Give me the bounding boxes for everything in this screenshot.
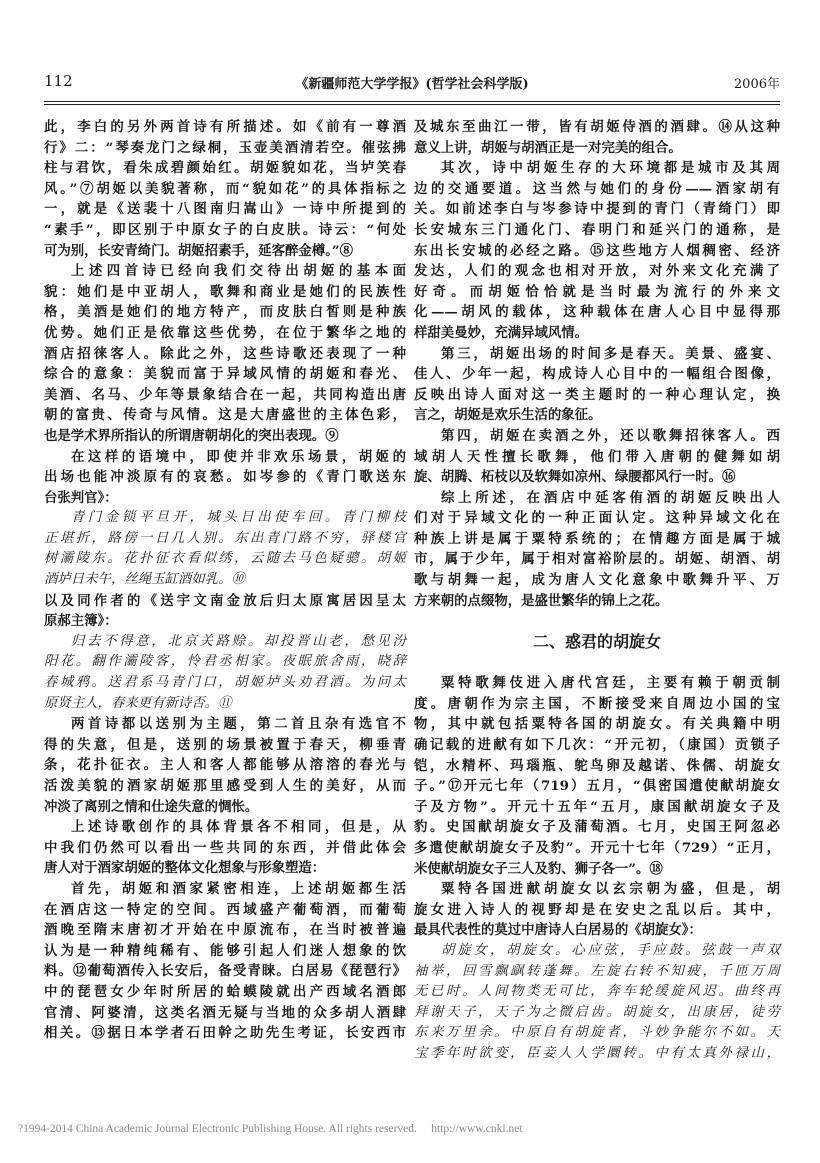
text-line: 原郝主簿》： xyxy=(44,611,406,632)
text-line: 官清、阿婆清，这类名酒无疑与当地的众多胡人酒肆 xyxy=(44,1003,406,1024)
text-line: 长安城东三门通化门、春明门和延兴门的通称，是 xyxy=(414,220,780,241)
text-line: 发达，人们的观念也相对开放，对外来文化充满了 xyxy=(414,261,780,282)
text-line: 上述四首诗已经向我们交待出胡姬的基本面 xyxy=(44,261,406,282)
copyright-footer: ?1994-2014 China Academic Journal Electr… xyxy=(18,1123,523,1135)
text-line: 豹。史国献胡旋女子及蒲萄酒。七月，史国王阿忽必 xyxy=(414,817,780,838)
poem-line: 正堪折，路傍一日几人别。东出青门路不穷，驿楼官 xyxy=(44,529,406,550)
poem-line: 无已时。人间物类无可比，奔车轮缓旋风迟。曲终再 xyxy=(414,982,780,1003)
publication-year: 2006年 xyxy=(734,73,780,92)
text-line: 上述诗歌创作的具体背景各不相同，但是，从 xyxy=(44,817,406,838)
text-line: 关。如前述李白与岑参诗中提到的青门（青绮门）即 xyxy=(414,199,780,220)
poem-line: 春城鸦。送君系马青门口，胡姬垆头劝君酒。为问太 xyxy=(44,673,406,694)
text-line: 歌与胡舞一起，成为唐人文化意象中歌舞升平、万 xyxy=(414,570,780,591)
text-line: 方来朝的点缀物，是盛世繁华的锦上之花。 xyxy=(414,591,780,612)
text-line: 们对于异域文化的一种正面认定。这种异域文化在 xyxy=(414,508,780,529)
text-line: “素手”，即区别于中原女子的白皮肤。诗云：“何处 xyxy=(44,220,406,241)
text-line: 物，其中就包括粟特各国的胡旋女。有关典籍中明 xyxy=(414,714,780,735)
poem-line: 归去不得意，北京关路赊。却投晋山老，愁见汾 xyxy=(44,632,406,653)
text-line: 可为别，长安青绮门。胡姬招素手，延客醉金樽。”⑧ xyxy=(44,241,406,262)
text-line: 在这样的语境中，即使并非欢乐场景，胡姬的 xyxy=(44,447,406,468)
text-line: 综合的意象：美貌而富于异域风情的胡姬和春光、 xyxy=(44,364,406,385)
section-heading: 二、惑君的胡旋女 xyxy=(414,611,780,673)
text-line: 风。”⑦胡姬以美貌著称，而“貌如花”的具体指标之 xyxy=(44,179,406,200)
right-column-body-before-heading: 及城东至曲江一带，皆有胡姬侍酒的酒肆。⑭从这种意义上讲，胡姬与胡酒正是一对完美的… xyxy=(414,117,780,611)
text-line: 意义上讲，胡姬与胡酒正是一对完美的组合。 xyxy=(414,138,780,159)
text-line: 出场也能冲淡原有的哀愁。如岑参的《青门歌送东 xyxy=(44,467,406,488)
text-line: 条，花扑征衣。主人和客人都能够从溶溶的春光与 xyxy=(44,755,406,776)
text-line: 反映出诗人面对这一类主题时的一种心理认定，换 xyxy=(414,385,780,406)
text-line: 唐人对于酒家胡姬的整体文化想象与形象塑造： xyxy=(44,858,406,879)
text-line: 柱与君饮，看朱成碧颜始红。胡姬貌如花，当垆笑春 xyxy=(44,158,406,179)
text-line: 旋、胡腾、柘枝以及软舞如凉州、绿腰都风行一时。⑯ xyxy=(414,467,780,488)
text-line: 优势。她们正是依靠这些优势，在位于繁华之地的 xyxy=(44,323,406,344)
poem-line: 东来万里余。中原自有胡旋者，斗妙争能尔不如。天 xyxy=(414,1023,780,1044)
text-line: 言之，胡姬是欢乐生活的象征。 xyxy=(414,405,780,426)
text-line: 边的交通要道。这当然与她们的身份——酒家胡有 xyxy=(414,179,780,200)
text-line: 化——胡风的载体，这种载体在唐人心目中显得那 xyxy=(414,302,780,323)
text-line: 首先，胡姬和酒家紧密相连，上述胡姬都生活 xyxy=(44,879,406,900)
text-line: 朝的富贵、传奇与风情。这是大唐盛世的主体色彩， xyxy=(44,405,406,426)
text-line: 在酒店这一特定的空间。西域盛产葡萄酒，而葡萄 xyxy=(44,900,406,921)
text-line: 粟特歌舞伎进入唐代宫廷，主要有赖于朝贡制 xyxy=(414,673,780,694)
text-line: 及城东至曲江一带，皆有胡姬侍酒的酒肆。⑭从这种 xyxy=(414,117,780,138)
text-line: 其次，诗中胡姬生存的大环境都是城市及其周 xyxy=(414,158,780,179)
text-line: 最具代表性的莫过中唐诗人白居易的《胡旋女》： xyxy=(414,920,780,941)
text-line: 粟特各国进献胡旋女以玄宗朝为盛，但是，胡 xyxy=(414,879,780,900)
text-line: 佳人、少年一起，构成诗人心目中的一幅组合图像， xyxy=(414,364,780,385)
text-line: 以及同作者的《送宇文南金放后归太原寓居因呈太 xyxy=(44,591,406,612)
text-line: 铠，水精杯、玛瑙瓶、鸵鸟卵及越诺、侏儒、胡旋女 xyxy=(414,756,780,777)
poem-line: 原贤主人，春来更有新诗否。⑪ xyxy=(44,694,406,715)
text-line: 得的失意，但是，送别的场景被置于春天，柳垂青 xyxy=(44,735,406,756)
header-rule-top xyxy=(44,101,780,102)
header-rule-bottom xyxy=(44,104,780,105)
text-line: 一，就是《送裴十八图南归嵩山》一诗中所提到的 xyxy=(44,199,406,220)
text-line: 子及方物”。开元十五年“五月，康国献胡旋女子及 xyxy=(414,797,780,818)
text-line: 酒晚至隋末唐初才开始在中原流布，在当时被普遍 xyxy=(44,920,406,941)
text-line: 好奇。而胡姬恰恰就是当时最为流行的外来文 xyxy=(414,282,780,303)
text-line: 格，美酒是她们的地方特产，而皮肤白皙则是种族 xyxy=(44,302,406,323)
poem-line: 袖举，回雪飘飖转蓬舞。左旋右转不知疲，千匝万周 xyxy=(414,962,780,983)
text-line: 市，属于少年，属于相对富裕阶层的。胡姬、胡酒、胡 xyxy=(414,549,780,570)
text-line: 台张判官》： xyxy=(44,488,406,509)
text-line: 认为是一种精纯稀有、能够引起人们迷人想象的饮 xyxy=(44,941,406,962)
cnki-url[interactable]: http://www.cnki.net xyxy=(431,1123,522,1135)
running-header: 112 《新疆师范大学学报》(哲学社会科学版) 2006年 xyxy=(44,72,780,96)
poem-line: 酒垆日未午，丝绳玉缸酒如乳。⑩ xyxy=(44,570,406,591)
text-line: 种族上讲是属于粟特系统的；在情趣方面是属于城 xyxy=(414,529,780,550)
text-line: 貌：她们是中亚胡人，歌舞和商业是她们的民族性 xyxy=(44,282,406,303)
text-line: 东出长安城的必经之路。⑮这些地方人烟稠密、经济 xyxy=(414,241,780,262)
text-line: 也是学术界所指认的所谓唐朝胡化的突出表现。⑨ xyxy=(44,426,406,447)
text-line: 中我们仍然可以看出一些共同的东西，并借此体会 xyxy=(44,838,406,859)
text-line: 两首诗都以送别为主题，第二首且杂有选官不 xyxy=(44,714,406,735)
text-line: 美酒、名马、少年等景象结合在一起，共同构造出唐 xyxy=(44,385,406,406)
text-line: 综上所述，在酒店中延客侑酒的胡姬反映出人 xyxy=(414,488,780,509)
poem-line: 阳花。翻作灞陵客，怜君丞相家。夜眠旅舍雨，晓辞 xyxy=(44,652,406,673)
text-line: 多遣使献胡旋女子及豹”。开元十七年（729）“正月， xyxy=(414,838,780,859)
left-column: 此，李白的另外两首诗有所描述。如《前有一尊酒行》二：“琴奏龙门之绿桐，玉壶美酒清… xyxy=(44,117,406,1044)
poem-line: 宝季年时欲变，臣妾人人学圜转。中有太真外禄山， xyxy=(414,1044,780,1065)
text-line: 米使献胡旋女子三人及豹、狮子各一”。⑱ xyxy=(414,859,780,880)
text-line: 酒店招徕客人。除此之外，这些诗歌还表现了一种 xyxy=(44,344,406,365)
poem-line: 树灞陵东。花扑征衣看似绣，云随去马色疑骢。胡姬 xyxy=(44,549,406,570)
poem-line: 拜谢天子，天子为之微启齿。胡旋女，出康居，徒劳 xyxy=(414,1003,780,1024)
text-line: 第三，胡姬出场的时间多是春天。美景、盛宴、 xyxy=(414,344,780,365)
text-line: 中的琵琶女少年时所居的蛤蟆陵就出产西域名酒郎 xyxy=(44,982,406,1003)
right-column-body-after-heading: 粟特歌舞伎进入唐代宫廷，主要有赖于朝贡制度。唐朝作为宗主国，不断接受来自周边小国… xyxy=(414,673,780,1064)
text-line: 确记载的进献有如下几次：“开元初，（康国）贡锁子 xyxy=(414,735,780,756)
text-line: 活泼美貌的酒家胡姬那里感受到人生的美好，从而 xyxy=(44,776,406,797)
text-line: 相关。⑬据日本学者石田幹之助先生考证，长安西市 xyxy=(44,1023,406,1044)
poem-line: 青门金锁平旦开，城头日出使车回。青门柳枝 xyxy=(44,508,406,529)
text-line: 行》二：“琴奏龙门之绿桐，玉壶美酒清若空。催弦拂 xyxy=(44,138,406,159)
text-line: 冲淡了离别之情和仕途失意的惆怅。 xyxy=(44,797,406,818)
text-line: 旋女进入诗人的视野却是在安史之乱以后。其中， xyxy=(414,900,780,921)
right-column: 及城东至曲江一带，皆有胡姬侍酒的酒肆。⑭从这种意义上讲，胡姬与胡酒正是一对完美的… xyxy=(414,117,780,1065)
text-line: 料。⑫葡萄酒传入长安后，备受青睐。白居易《琵琶行》 xyxy=(44,961,406,982)
text-line: 样甜美曼妙，充满异域风情。 xyxy=(414,323,780,344)
poem-line: 胡旋女，胡旋女。心应弦，手应鼓。弦鼓一声双 xyxy=(414,941,780,962)
copyright-text: ?1994-2014 China Academic Journal Electr… xyxy=(18,1123,417,1135)
text-line: 子。”⑰开元七年（719）五月，“俱密国遣使献胡旋女 xyxy=(414,776,780,797)
journal-title: 《新疆师范大学学报》(哲学社会科学版) xyxy=(44,73,780,92)
text-line: 此，李白的另外两首诗有所描述。如《前有一尊酒 xyxy=(44,117,406,138)
text-line: 度。唐朝作为宗主国，不断接受来自周边小国的宝 xyxy=(414,694,780,715)
text-line: 域胡人天性擅长歌舞，他们带入唐朝的健舞如胡 xyxy=(414,447,780,468)
text-line: 第四，胡姬在卖酒之外，还以歌舞招徕客人。西 xyxy=(414,426,780,447)
